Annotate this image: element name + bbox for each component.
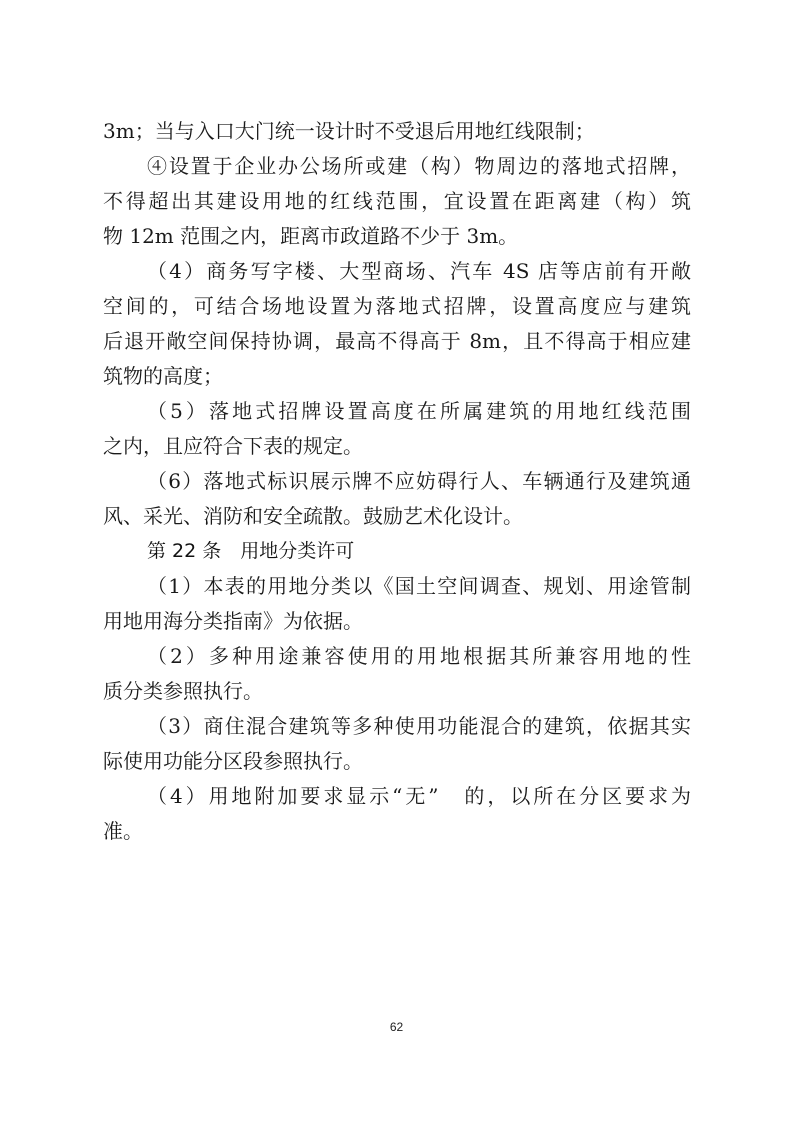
text-line: 筑物的高度； bbox=[103, 362, 223, 390]
section-heading: 第 22 条 用地分类许可 bbox=[147, 537, 354, 565]
text-line: 3m；当与入口大门统一设计时不受退后用地红线限制； bbox=[103, 117, 595, 145]
paragraph-item-2: （2）多种用途兼容使用的用地根据其所兼容用地的性 bbox=[147, 642, 691, 670]
text-line: 质分类参照执行。 bbox=[103, 677, 263, 705]
paragraph-item-5: （5）落地式招牌设置高度在所属建筑的用地红线范围 bbox=[147, 397, 691, 425]
document-page: 3m；当与入口大门统一设计时不受退后用地红线限制； ④设置于企业办公场所或建（构… bbox=[0, 0, 793, 1122]
page-number: 62 bbox=[0, 1020, 793, 1034]
paragraph-item-3: （3）商住混合建筑等多种使用功能混合的建筑，依据其实 bbox=[147, 712, 691, 740]
paragraph-item-4b: （4）用地附加要求显示“无” 的，以所在分区要求为 bbox=[147, 782, 691, 810]
text-line: 用地用海分类指南》为依据。 bbox=[103, 607, 363, 635]
paragraph-item-4-circled: ④设置于企业办公场所或建（构）物周边的落地式招牌， bbox=[147, 152, 691, 180]
text-line: 物 12m 范围之内，距离市政道路不少于 3m。 bbox=[103, 222, 518, 250]
text-line: 空间的，可结合场地设置为落地式招牌，设置高度应与建筑 bbox=[103, 292, 691, 320]
paragraph-item-6: （6）落地式标识展示牌不应妨碍行人、车辆通行及建筑通 bbox=[147, 467, 691, 495]
paragraph-item-4: （4）商务写字楼、大型商场、汽车 4S 店等店前有开敞 bbox=[147, 257, 691, 285]
text-line: 准。 bbox=[103, 817, 143, 845]
text-line: 后退开敞空间保持协调，最高不得高于 8m，且不得高于相应建 bbox=[103, 327, 691, 355]
paragraph-item-1: （1）本表的用地分类以《国土空间调查、规划、用途管制 bbox=[147, 572, 691, 600]
text-line: 际使用功能分区段参照执行。 bbox=[103, 747, 363, 775]
text-line: 不得超出其建设用地的红线范围，宜设置在距离建（构）筑 bbox=[103, 187, 691, 215]
text-line: 之内，且应符合下表的规定。 bbox=[103, 432, 363, 460]
text-line: 风、采光、消防和安全疏散。鼓励艺术化设计。 bbox=[103, 502, 523, 530]
